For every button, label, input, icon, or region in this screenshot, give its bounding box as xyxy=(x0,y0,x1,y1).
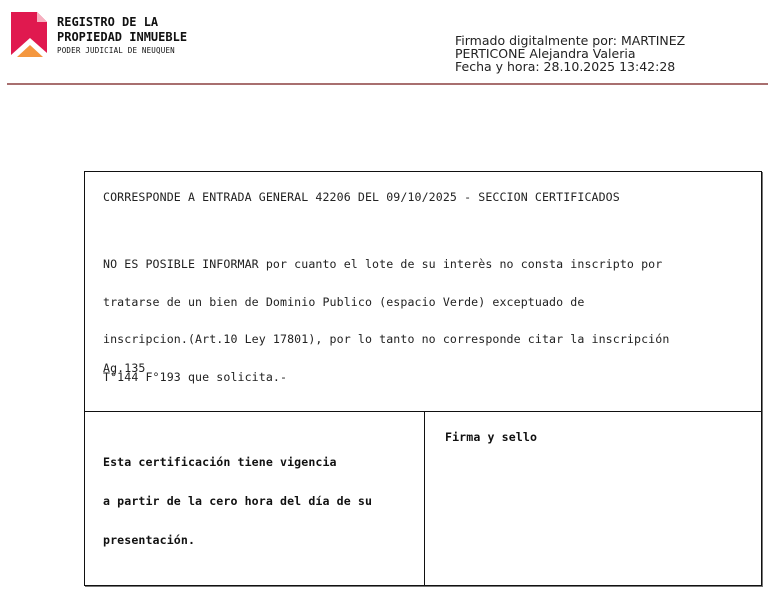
validity-cell: Esta certificación tiene vigencia a part… xyxy=(85,411,425,585)
organization-name: REGISTRO DE LA PROPIEDAD INMUEBLE PODER … xyxy=(57,15,187,56)
header-divider xyxy=(7,83,768,85)
body-line: inscripcion.(Art.10 Ley 17801), por lo t… xyxy=(103,333,669,346)
certificate-main-cell: CORRESPONDE A ENTRADA GENERAL 42206 DEL … xyxy=(85,172,761,412)
agent-code: Ag.135 xyxy=(103,361,145,375)
validity-line: a partir de la cero hora del día de su xyxy=(103,495,372,508)
org-title-line1: REGISTRO DE LA xyxy=(57,15,187,30)
validity-line: presentación. xyxy=(103,534,372,547)
validity-notice: Esta certificación tiene vigencia a part… xyxy=(103,430,372,573)
validity-line: Esta certificación tiene vigencia xyxy=(103,456,372,469)
signature-cell: Firma y sello xyxy=(425,411,761,585)
body-line: tratarse de un bien de Dominio Publico (… xyxy=(103,296,669,309)
digital-signature-info: Firmado digitalmente por: MARTINEZ PERTI… xyxy=(455,34,685,73)
signature-label: Firma y sello xyxy=(445,430,537,444)
body-line: NO ES POSIBLE INFORMAR por cuanto el lot… xyxy=(103,258,669,271)
entry-reference: CORRESPONDE A ENTRADA GENERAL 42206 DEL … xyxy=(103,190,620,204)
org-title-line2: PROPIEDAD INMUEBLE xyxy=(57,30,187,45)
signature-datetime: Fecha y hora: 28.10.2025 13:42:28 xyxy=(455,60,685,73)
certificate-body: NO ES POSIBLE INFORMAR por cuanto el lot… xyxy=(103,233,669,408)
certificate-box: CORRESPONDE A ENTRADA GENERAL 42206 DEL … xyxy=(84,171,762,586)
body-line: T°144 F°193 que solicita.- xyxy=(103,371,669,384)
org-subtitle: PODER JUDICIAL DE NEUQUEN xyxy=(57,46,187,56)
registro-logo-icon xyxy=(10,11,50,58)
